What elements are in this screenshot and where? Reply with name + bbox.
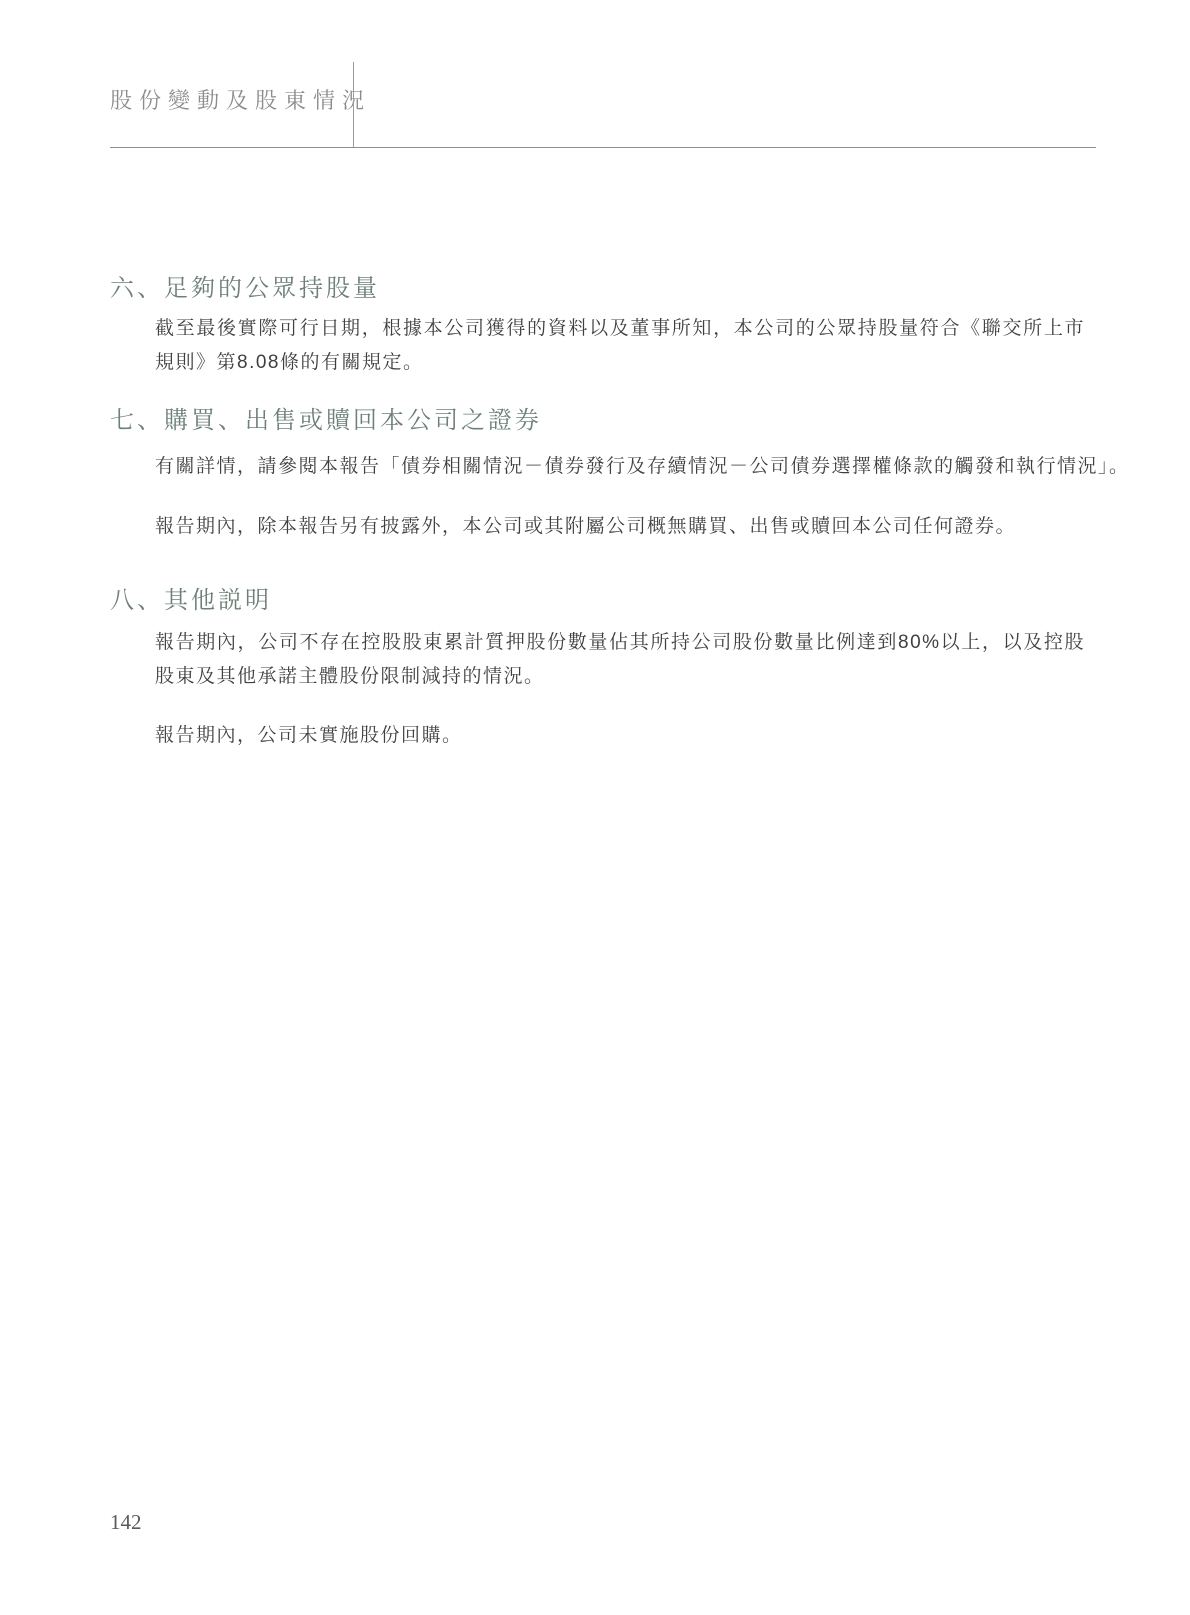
document-page: 股份變動及股東情況 六、足夠的公眾持股量 截至最後實際可行日期，根據本公司獲得的… xyxy=(0,0,1190,1615)
page-number: 142 xyxy=(110,1510,142,1535)
running-head-title: 股份變動及股東情況 xyxy=(110,84,371,115)
paragraph-public-float: 截至最後實際可行日期，根據本公司獲得的資料以及董事所知，本公司的公眾持股量符合《… xyxy=(155,312,1085,380)
header-horizontal-divider xyxy=(110,147,1096,148)
paragraph-no-buyback: 報告期內，公司未實施股份回購。 xyxy=(155,719,1085,753)
header-vertical-divider xyxy=(353,62,354,147)
paragraph-no-purchase-sale: 報告期內，除本報告另有披露外，本公司或其附屬公司概無購買、出售或贖回本公司任何證… xyxy=(155,510,1085,544)
section-heading-7-purchase-sale-redemption: 七、購買、出售或贖回本公司之證券 xyxy=(110,400,542,435)
section-heading-6-public-float: 六、足夠的公眾持股量 xyxy=(110,268,380,303)
paragraph-pledge-disclosure: 報告期內，公司不存在控股股東累計質押股份數量佔其所持公司股份數量比例達到80%以… xyxy=(155,626,1085,694)
paragraph-bond-reference: 有關詳情，請參閱本報告「債券相關情況－債券發行及存續情況－公司債券選擇權條款的觸… xyxy=(155,450,1085,484)
section-heading-8-other-notes: 八、其他説明 xyxy=(110,580,272,615)
